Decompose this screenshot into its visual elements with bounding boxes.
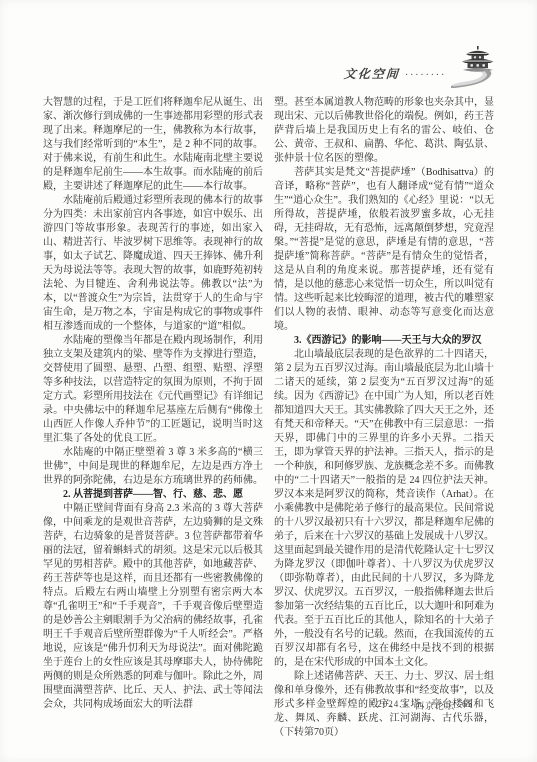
left-column: 大智慧的过程，于是工匠们将释迦牟尼从诞生、出家、渐次修行到成佛的一生事迹都用彩塑… — [43, 96, 263, 740]
paragraph: 水陆庵的中隔正壁塑着 3 尊 3 米多高的“横三世佛”，中间是现世的释迦牟尼，左… — [43, 446, 263, 488]
paragraph: 北山墙最底层表现的是色欲界的二十四诸天，第 2 层为五百罗汉过海。南山墙最底层为… — [274, 348, 494, 670]
paragraph: 水陆庵的塑像当年都是在殿内现场制作，利用独立支架及建筑内的梁、壁等作为支撑进行塑… — [43, 334, 263, 446]
section-heading: 3.《西游记》的影响——天王与大众的罗汉 — [274, 334, 494, 348]
paragraph: 中隔正壁间背面有身高 2.3 米高的 3 尊大菩萨像，中间乘龙的是观世音菩萨，左… — [43, 502, 263, 712]
paragraph: 大智慧的过程，于是工匠们将释迦牟尼从诞生、出家、渐次修行到成佛的一生事迹都用彩塑… — [43, 96, 263, 194]
dotted-leader: ········ — [405, 69, 446, 81]
page-header: 文化空间 ········ — [344, 50, 497, 97]
paragraph: 塑。甚至本属道教人物范畴的形象也夹杂其中，显现出宋、元以后佛教世俗化的端倪。例如… — [274, 96, 494, 166]
footer-journal-name: 西京论坛 — [415, 699, 455, 712]
pagoda-logo-icon — [451, 46, 497, 93]
paragraph: 菩萨其实是梵文“菩提萨埵”（Bodhisattva）的音译，略称“菩萨”，也有人… — [274, 166, 494, 334]
document-page: 文化空间 ········ — [0, 0, 537, 762]
footer-issue: 2024.3 — [377, 699, 408, 712]
section-label: 文化空间 — [343, 65, 400, 82]
footer-page-number: 65 — [462, 699, 473, 712]
right-column: 塑。甚至本属道教人物范畴的形象也夹杂其中，显现出宋、元以后佛教世俗化的端倪。例如… — [274, 96, 494, 740]
article-body: 大智慧的过程，于是工匠们将释迦牟尼从诞生、出家、渐次修行到成佛的一生事迹都用彩塑… — [43, 96, 494, 740]
section-heading: 2. 从菩提到菩萨——智、行、慈、悲、愿 — [43, 488, 263, 502]
page-footer: 2024.3 西京论坛 65 — [377, 699, 473, 712]
paragraph: 水陆庵前后殿通过彩塑所表现的佛本行的故事分为四类：未出家前宫内各事迹，如宫中娱乐… — [43, 194, 263, 334]
